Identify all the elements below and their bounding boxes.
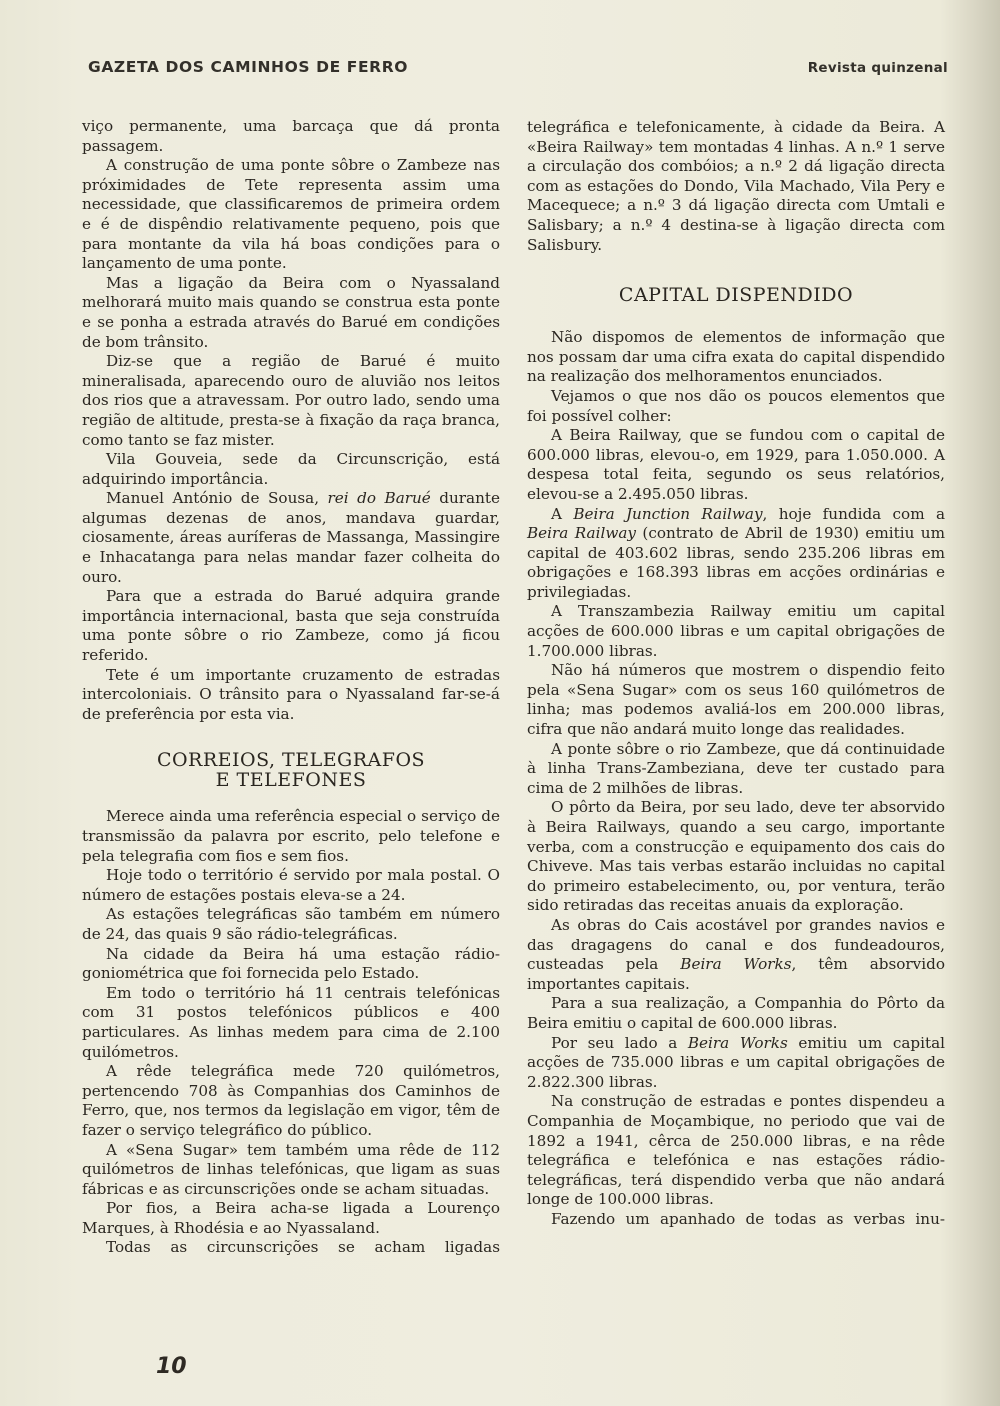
paragraph: Na construção de estradas e pontes dispe… bbox=[527, 1092, 945, 1210]
paragraph: Fazendo um apanhado de todas as verbas i… bbox=[527, 1210, 945, 1230]
italic-text: Beira Railway bbox=[527, 524, 636, 542]
paragraph: telegráfica e telefonicamente, à cidade … bbox=[527, 118, 945, 255]
paragraph: Hoje todo o território é servido por mal… bbox=[82, 866, 500, 905]
italic-text: Beira Works bbox=[688, 1034, 788, 1052]
paragraph: Na cidade da Beira há uma estação rádio-… bbox=[82, 945, 500, 984]
paragraph: Não há números que mostrem o dispendio f… bbox=[527, 661, 945, 739]
right-column: telegráfica e telefonicamente, à cidade … bbox=[527, 118, 945, 1229]
paragraph: A ponte sôbre o rio Zambeze, que dá cont… bbox=[527, 740, 945, 799]
text-run: Por seu lado a bbox=[551, 1034, 688, 1052]
text-run: A bbox=[551, 505, 573, 523]
section-heading-correios: CORREIOS, TELEGRAFOSE TELEFONES bbox=[82, 750, 500, 790]
paragraph: Vejamos o que nos dão os poucos elemento… bbox=[527, 387, 945, 426]
heading-line: CORREIOS, TELEGRAFOS bbox=[157, 749, 425, 771]
paragraph: Vila Gouveia, sede da Circunscrição, est… bbox=[82, 450, 500, 489]
text-run: , hoje fundida com a bbox=[763, 505, 945, 523]
heading-line: E TELEFONES bbox=[216, 769, 367, 791]
paragraph: Manuel António de Sousa, rei do Barué du… bbox=[82, 489, 500, 587]
paragraph: Tete é um importante cruzamento de estra… bbox=[82, 666, 500, 725]
paragraph: As estações telegráficas são também em n… bbox=[82, 905, 500, 944]
paragraph: A construção de uma ponte sôbre o Zambez… bbox=[82, 156, 500, 274]
paragraph: Por fios, a Beira acha-se ligada a Loure… bbox=[82, 1199, 500, 1238]
paragraph: Por seu lado a Beira Works emitiu um cap… bbox=[527, 1034, 945, 1093]
paragraph: Para a sua realização, a Companhia do Pô… bbox=[527, 994, 945, 1033]
publication-subtitle: Revista quinzenal bbox=[808, 60, 948, 76]
text-run: Manuel António de Sousa, bbox=[106, 489, 328, 507]
italic-text: Beira Works bbox=[680, 955, 791, 973]
paragraph: A Beira Junction Railway, hoje fundida c… bbox=[527, 505, 945, 603]
paragraph: A «Sena Sugar» tem também uma rêde de 11… bbox=[82, 1141, 500, 1200]
paragraph: Mas a ligação da Beira com o Nyassaland … bbox=[82, 274, 500, 352]
paragraph: Não dispomos de elementos de informação … bbox=[527, 328, 945, 387]
page-number: 10 bbox=[156, 1354, 187, 1379]
section-heading-capital: CAPITAL DISPENDIDO bbox=[527, 285, 945, 305]
paragraph: Em todo o território há 11 centrais tele… bbox=[82, 984, 500, 1062]
paragraph: A Transzambezia Railway emitiu um capita… bbox=[527, 602, 945, 661]
paragraph: A rêde telegráfica mede 720 quilómetros,… bbox=[82, 1062, 500, 1140]
paragraph: viço permanente, uma barcaça que dá pron… bbox=[82, 117, 500, 156]
left-column: viço permanente, uma barcaça que dá pron… bbox=[82, 117, 500, 1258]
italic-text: rei do Barué bbox=[328, 489, 431, 507]
paragraph: Diz-se que a região de Barué é muito min… bbox=[82, 352, 500, 450]
running-header: GAZETA DOS CAMINHOS DE FERRO Revista qui… bbox=[88, 58, 948, 82]
paragraph: O pôrto da Beira, por seu lado, deve ter… bbox=[527, 798, 945, 916]
paragraph: A Beira Railway, que se fundou com o cap… bbox=[527, 426, 945, 504]
publication-title: GAZETA DOS CAMINHOS DE FERRO bbox=[88, 58, 408, 76]
paragraph: Para que a estrada do Barué adquira gran… bbox=[82, 587, 500, 665]
paragraph: Merece ainda uma referência especial o s… bbox=[82, 807, 500, 866]
italic-text: Beira Junction Railway bbox=[573, 505, 762, 523]
paragraph: As obras do Cais acostável por grandes n… bbox=[527, 916, 945, 994]
magazine-page: GAZETA DOS CAMINHOS DE FERRO Revista qui… bbox=[0, 0, 1000, 1406]
paragraph: Todas as circunscrições se acham ligadas bbox=[82, 1238, 500, 1258]
